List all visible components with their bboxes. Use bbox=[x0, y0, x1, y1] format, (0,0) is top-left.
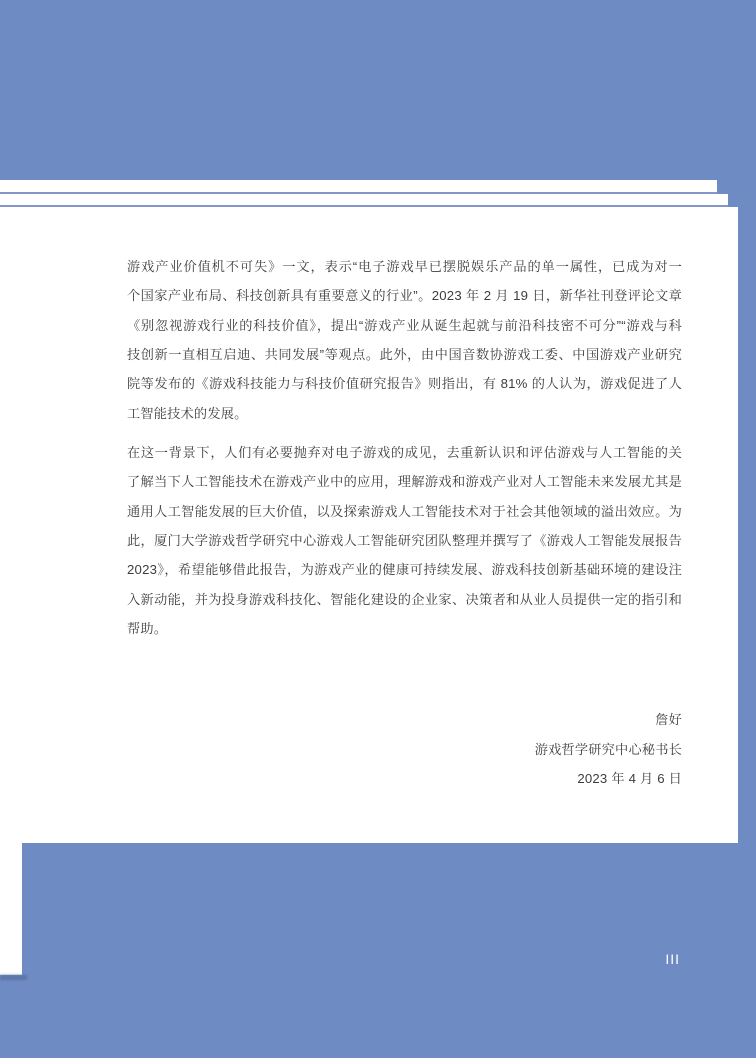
page-text-block: 游戏产业价值机不可失》一文，表示“电子游戏早已摆脱娱乐产品的单一属性，已成为对一… bbox=[127, 252, 682, 794]
signature-date: 2023 年 4 月 6 日 bbox=[127, 764, 682, 793]
document-viewport: 游戏产业价值机不可失》一文，表示“电子游戏早已摆脱娱乐产品的单一属性，已成为对一… bbox=[0, 0, 756, 1058]
page-bottom-shadow bbox=[0, 975, 27, 980]
text-line: 帮助。 bbox=[127, 614, 682, 643]
text-line: 院等发布的《游戏科技能力与科技价值研究报告》则指出，有 81% 的人认为，游戏促… bbox=[127, 369, 682, 398]
signature-title: 游戏哲学研究中心秘书长 bbox=[127, 735, 682, 764]
text-line: 通用人工智能发展的巨大价值，以及探索游戏人工智能技术对于社会其他领域的溢出效应。… bbox=[127, 497, 682, 526]
text-line: 《别忽视游戏行业的科技价值》，提出“游戏产业从诞生起就与前沿科技密不可分”“游戏… bbox=[127, 311, 682, 340]
text-line: 了解当下人工智能技术在游戏产业中的应用，理解游戏和游戏产业对人工智能未来发展尤其… bbox=[127, 467, 682, 496]
text-line: 在这一背景下，人们有必要抛弃对电子游戏的成见，去重新认识和评估游戏与人工智能的关… bbox=[127, 438, 682, 467]
text-line: 此，厦门大学游戏哲学研究中心游戏人工智能研究团队整理并撰写了《游戏人工智能发展报… bbox=[127, 526, 682, 555]
paragraph-2: 在这一背景下，人们有必要抛弃对电子游戏的成见，去重新认识和评估游戏与人工智能的关… bbox=[127, 438, 682, 643]
paragraph-1: 游戏产业价值机不可失》一文，表示“电子游戏早已摆脱娱乐产品的单一属性，已成为对一… bbox=[127, 252, 682, 428]
text-line: 工智能技术的发展。 bbox=[127, 399, 682, 428]
text-line: 2023》，希望能够借此报告，为游戏产业的健康可持续发展、游戏科技创新基础环境的… bbox=[127, 555, 682, 584]
paragraphs-container: 游戏产业价值机不可失》一文，表示“电子游戏早已摆脱娱乐产品的单一属性，已成为对一… bbox=[127, 252, 682, 643]
text-line: 入新动能，并为投身游戏科技化、智能化建设的企业家、决策者和从业人员提供一定的指引… bbox=[127, 585, 682, 614]
page-number: III bbox=[665, 950, 680, 968]
signature-name: 詹好 bbox=[127, 705, 682, 734]
stacked-page-edge-middle bbox=[0, 194, 728, 207]
text-line: 个国家产业布局、科技创新具有重要意义的行业”。2023 年 2 月 19 日，新… bbox=[127, 281, 682, 310]
signature-block: 詹好 游戏哲学研究中心秘书长 2023 年 4 月 6 日 bbox=[127, 705, 682, 793]
text-line: 技创新一直相互启迪、共同发展”等观点。此外，由中国音数协游戏工委、中国游戏产业研… bbox=[127, 340, 682, 369]
stacked-page-edge-back bbox=[0, 180, 717, 194]
blue-cover-block bbox=[22, 843, 756, 1058]
text-line: 游戏产业价值机不可失》一文，表示“电子游戏早已摆脱娱乐产品的单一属性，已成为对一 bbox=[127, 252, 682, 281]
